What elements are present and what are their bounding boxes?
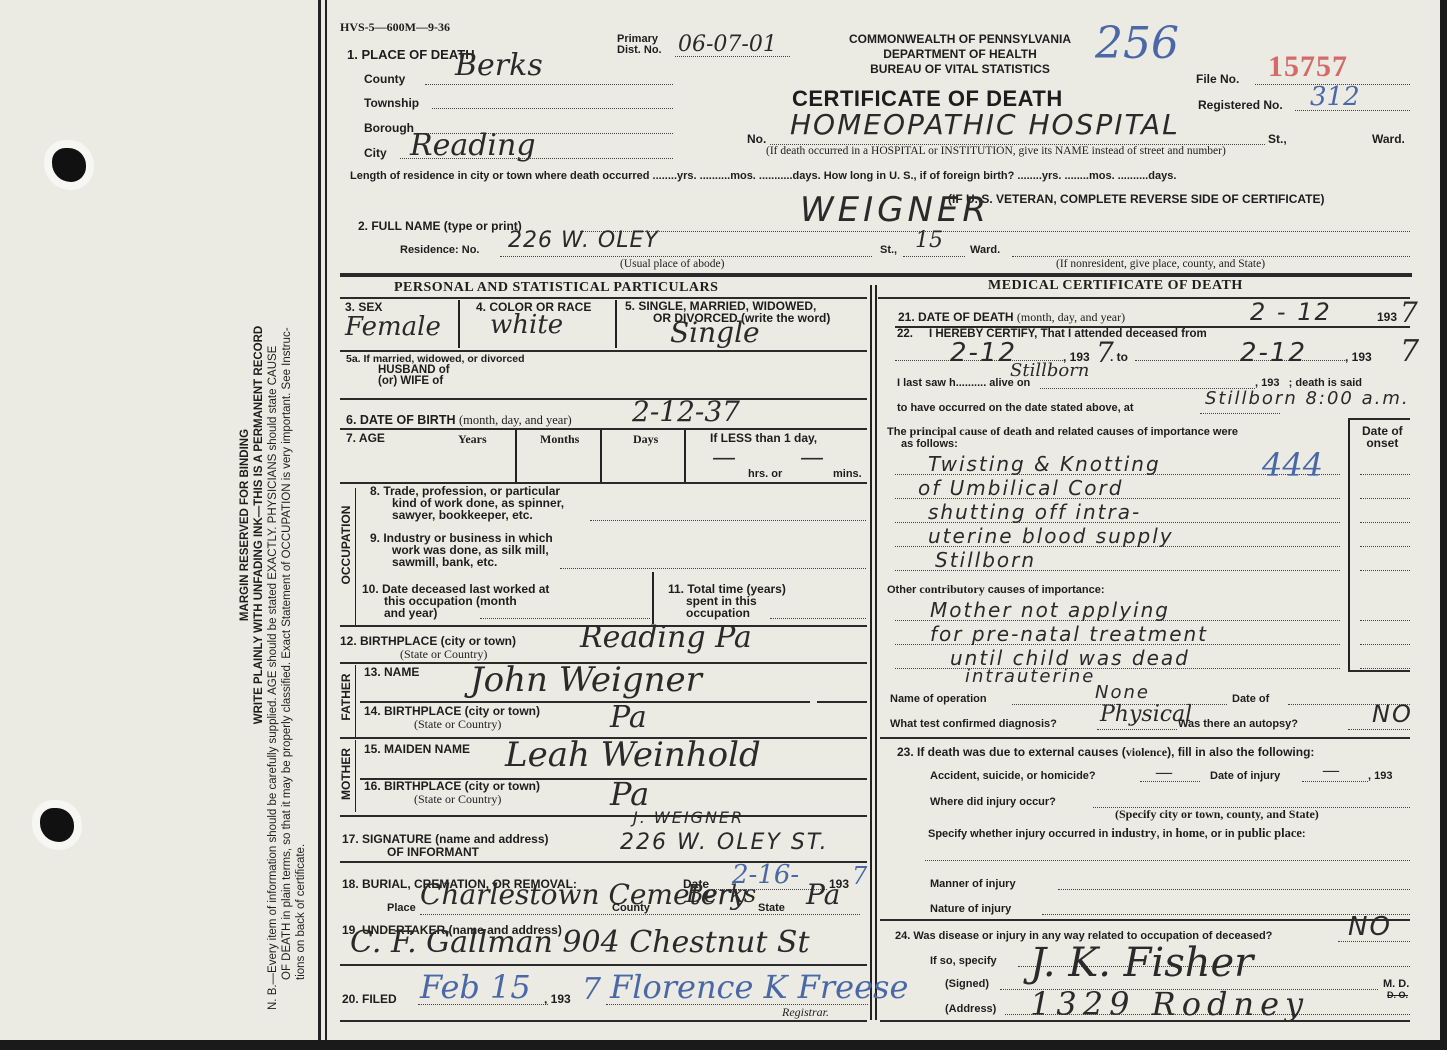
- residence-label: Residence: No.: [400, 244, 479, 256]
- filed-year-digit: 7: [582, 972, 601, 1007]
- cause-line-2: of Umbilical Cord: [918, 476, 1123, 500]
- handwritten-number: 256: [1095, 18, 1179, 69]
- father-side-label: FATHER: [339, 664, 353, 730]
- trade-label: 8. Trade, profession, or particular kind…: [370, 485, 564, 521]
- attended-to-date: 2-12: [1240, 338, 1307, 368]
- rule: [340, 350, 867, 352]
- cause-line-1: Twisting & Knotting: [928, 452, 1161, 476]
- institution-value: HOMEOPATHIC HOSPITAL: [790, 108, 1180, 141]
- md-label: M. D.: [1383, 978, 1409, 990]
- cause-label: The principal cause of death and related…: [887, 425, 1238, 450]
- last-saw-value: Stillborn: [1010, 360, 1089, 381]
- hrs-value: —: [712, 443, 736, 471]
- burial-county-label: County: [612, 902, 650, 914]
- mother-name-label: 15. MAIDEN NAME: [364, 742, 470, 756]
- nonresident-line: [1012, 256, 1410, 257]
- issuer-block: COMMONWEALTH OF PENNSYLVANIA DEPARTMENT …: [826, 32, 1094, 77]
- mother-side-label: MOTHER: [339, 740, 353, 808]
- onset-line: [1360, 668, 1410, 669]
- registered-no-label: Registered No.: [1198, 98, 1283, 112]
- manner-line: [1058, 889, 1410, 890]
- residence-value: 226 W. OLEY: [508, 228, 659, 253]
- rule: [355, 740, 356, 812]
- ward-line: [903, 256, 965, 257]
- do-label: D. O.: [1387, 990, 1408, 1000]
- cause-line-5: Stillborn: [935, 548, 1036, 572]
- father-name-value: John Weigner: [470, 660, 702, 700]
- binding-border-left: [318, 0, 321, 1040]
- burial-place-line: [420, 914, 860, 915]
- dob-label: 6. DATE OF BIRTH (month, day, and year): [346, 413, 572, 428]
- cause-line-3: shutting off intra-: [928, 500, 1141, 524]
- injury-date-line: [1302, 781, 1368, 782]
- institution-note: (If death occurred in a HOSPITAL or INST…: [766, 145, 1226, 157]
- burial-state-value: Pa: [806, 878, 840, 911]
- external-causes-label: 23. If death was due to external causes …: [897, 745, 1314, 760]
- city-value: Reading: [410, 128, 536, 163]
- physician-signature: J. K. Fisher: [1030, 940, 1253, 986]
- county-value: Berks: [455, 48, 543, 83]
- informant-name: J. WEIGNER: [633, 808, 744, 827]
- contrib-line-2: for pre-natal treatment: [930, 622, 1208, 646]
- township-label: Township: [364, 96, 419, 110]
- primary-dist-value: 06-07-01: [678, 32, 777, 57]
- medical-heading: MEDICAL CERTIFICATE OF DEATH: [988, 278, 1243, 294]
- operation-label: Name of operation: [890, 693, 987, 705]
- if-so-label: If so, specify: [930, 955, 997, 967]
- onset-line: [1360, 644, 1410, 645]
- rule: [880, 737, 1410, 739]
- ward-label: Ward.: [1372, 132, 1405, 146]
- rule: [340, 1020, 867, 1022]
- nature-label: Nature of injury: [930, 903, 1011, 915]
- city-label: City: [364, 146, 387, 160]
- onset-line: [1360, 620, 1410, 621]
- column-divider: [870, 285, 872, 1020]
- contrib-label: Other contributory causes of importance:: [887, 582, 1105, 597]
- to-label: . to: [1110, 350, 1128, 364]
- where-label: Where did injury occur?: [930, 796, 1056, 808]
- registered-no-value: 312: [1310, 82, 1360, 112]
- residence-length: Length of residence in city or town wher…: [350, 170, 1176, 182]
- to-year-label: , 193: [1345, 350, 1372, 364]
- onset-line: [1360, 498, 1410, 499]
- rule: [600, 430, 602, 482]
- rule: [515, 430, 517, 482]
- rule: [340, 428, 867, 430]
- age-label: 7. AGE: [346, 431, 385, 445]
- full-name-value: WEIGNER: [800, 190, 990, 230]
- injury-year-label: , 193: [1368, 770, 1392, 782]
- rule: [340, 815, 867, 817]
- dod-year-digit: 7: [1400, 296, 1418, 329]
- occurred-at-line: [1200, 413, 1280, 414]
- years-label: Years: [458, 432, 487, 447]
- county-line: [425, 84, 673, 85]
- township-line: [432, 108, 673, 109]
- veteran-note: (IF U. S. VETERAN, COMPLETE REVERSE SIDE…: [948, 192, 1324, 206]
- date-of-death-label: 21. DATE OF DEATH (month, day, and year): [898, 310, 1125, 325]
- certify-label: 22. I HEREBY CERTIFY, That I attended de…: [897, 328, 1207, 340]
- address-label: (Address): [945, 1003, 996, 1015]
- contrib-line-1: Mother not applying: [930, 598, 1170, 622]
- sex-value: Female: [345, 312, 441, 342]
- binding-hole-top: [52, 148, 86, 182]
- spouse-label: 5a. If married, widowed, or divorced HUS…: [346, 354, 525, 387]
- section-divider: [340, 273, 1412, 277]
- where-note: (Specify city or town, county, and State…: [1115, 807, 1319, 822]
- accident-label: Accident, suicide, or homicide?: [930, 770, 1096, 782]
- burial-state-label: State: [758, 902, 785, 914]
- accident-value: —: [1155, 762, 1173, 783]
- total-time-line: [770, 618, 866, 619]
- rule: [355, 665, 356, 737]
- rule: [355, 488, 356, 626]
- informant-label: 17. SIGNATURE (name and address) OF INFO…: [342, 833, 549, 859]
- dob-value: 2-12-37: [632, 395, 740, 428]
- file-no-stamp: 15757: [1268, 50, 1348, 84]
- operation-value: None: [1095, 682, 1150, 703]
- death-certificate-page: MARGIN RESERVED FOR BINDING WRITE PLAINL…: [0, 0, 1440, 1040]
- full-name-label: 2. FULL NAME (type or print): [358, 219, 522, 233]
- operation-date-label: Date of: [1232, 693, 1269, 705]
- registrar-label: Registrar.: [782, 1005, 829, 1020]
- attended-from-date: 2-12: [950, 338, 1017, 368]
- dod-year-label: 193: [1377, 310, 1397, 324]
- form-code: HVS-5—600M—9-36: [340, 20, 450, 35]
- undertaker-value: C. F. Gallman 904 Chestnut St: [350, 925, 810, 960]
- days-label: Days: [633, 432, 658, 447]
- last-worked-line: [480, 618, 650, 619]
- cause-line-4: uterine blood supply: [928, 524, 1174, 548]
- marital-value: Single: [670, 316, 760, 349]
- borough-label: Borough: [364, 121, 414, 135]
- filed-label: 20. FILED: [342, 992, 397, 1006]
- last-worked-label: 10. Date deceased last worked at this oc…: [362, 583, 549, 619]
- rule: [684, 430, 686, 482]
- rule: [340, 964, 867, 966]
- birthplace-value: Reading Pa: [580, 620, 752, 655]
- father-name-label: 13. NAME: [364, 665, 419, 679]
- occupation-side-label: OCCUPATION: [339, 490, 353, 600]
- mins-value: —: [800, 443, 824, 471]
- manner-label: Manner of injury: [930, 878, 1016, 890]
- rule: [340, 398, 867, 400]
- date-of-death-value: 2 - 12: [1250, 298, 1332, 326]
- onset-box-top: [1348, 418, 1410, 420]
- onset-label: Date of onset: [1362, 425, 1403, 449]
- residence-st-label: St.,: [880, 244, 897, 256]
- file-no-label: File No.: [1196, 72, 1239, 86]
- nonresident-note: (If nonresident, give place, county, and…: [1056, 258, 1265, 270]
- rule: [880, 1020, 1410, 1022]
- months-label: Months: [540, 432, 579, 447]
- informant-address: 226 W. OLEY ST.: [620, 830, 829, 855]
- autopsy-line: [1348, 729, 1410, 730]
- mins-label: mins.: [833, 468, 862, 480]
- physician-address: 1329 Rodney: [1030, 985, 1309, 1023]
- filed-year-label: , 193: [544, 992, 571, 1006]
- specify-injury-label: Specify whether injury occurred in indus…: [928, 826, 1306, 841]
- st-label: St.,: [1268, 132, 1287, 146]
- binding-hole-bottom: [40, 808, 74, 842]
- test-label: What test confirmed diagnosis?: [890, 718, 1057, 730]
- onset-box-bottom: [1348, 670, 1410, 672]
- binding-border-left-inner: [325, 0, 327, 1040]
- contrib-line-4: intrauterine: [965, 666, 1095, 687]
- onset-line: [1360, 570, 1410, 571]
- abode-note: (Usual place of abode): [620, 258, 724, 270]
- mother-name-value: Leah Weinhold: [505, 735, 761, 775]
- residence-line: [500, 256, 872, 257]
- total-time-label: 11. Total time (years) spent in this occ…: [668, 583, 786, 619]
- full-name-line: [580, 231, 1410, 232]
- burial-county-value: Berks: [686, 880, 756, 908]
- rule: [458, 300, 460, 348]
- injury-date-label: Date of injury: [1210, 770, 1280, 782]
- occupation-related-value: NO: [1348, 912, 1392, 942]
- injury-date-value: —: [1322, 760, 1340, 781]
- personal-heading: PERSONAL AND STATISTICAL PARTICULARS: [394, 280, 718, 296]
- margin-instructions: MARGIN RESERVED FOR BINDING WRITE PLAINL…: [238, 40, 308, 1010]
- cause-code: 444: [1262, 446, 1323, 484]
- hrs-label: hrs. or: [748, 468, 782, 480]
- rule: [615, 300, 617, 348]
- burial-year-digit: 7: [852, 862, 867, 890]
- onset-line: [1360, 474, 1410, 475]
- birthplace-label: 12. BIRTHPLACE (city or town) (State or …: [340, 635, 516, 661]
- rule: [360, 701, 810, 703]
- occurred-at-label: to have occurred on the date stated abov…: [897, 402, 1134, 414]
- filed-date-value: Feb 15: [420, 968, 531, 1006]
- rule: [652, 572, 654, 624]
- industry-line: [560, 568, 866, 569]
- specify-line: [925, 860, 1410, 861]
- signed-label: (Signed): [945, 978, 989, 990]
- onset-box-left: [1348, 418, 1350, 670]
- industry-label: 9. Industry or business in which work wa…: [370, 532, 553, 568]
- registrar-signature: Florence K Freese: [610, 968, 908, 1006]
- to-year-digit: 7: [1400, 334, 1419, 369]
- father-birthplace-label: 14. BIRTHPLACE (city or town) (State or …: [364, 705, 540, 731]
- rule: [817, 701, 867, 703]
- occurred-at-value: Stillborn 8:00 a.m.: [1205, 388, 1410, 409]
- institution-no-label: No.: [747, 132, 766, 146]
- ward-value: 15: [915, 228, 943, 253]
- rule: [880, 919, 1410, 921]
- autopsy-value: NO: [1372, 700, 1413, 728]
- test-line: [1097, 729, 1177, 730]
- burial-place-label: Place: [387, 902, 416, 914]
- trade-line: [590, 520, 866, 521]
- father-birthplace-value: Pa: [610, 700, 647, 735]
- mother-birthplace-label: 16. BIRTHPLACE (city or town) (State or …: [364, 780, 540, 806]
- primary-dist-label: Primary Dist. No.: [617, 34, 662, 56]
- column-divider-2: [875, 285, 877, 1020]
- onset-line: [1360, 522, 1410, 523]
- onset-line: [1360, 546, 1410, 547]
- race-value: white: [490, 310, 563, 340]
- county-label: County: [364, 72, 405, 86]
- residence-ward-label: Ward.: [970, 244, 1000, 256]
- autopsy-label: Was there an autopsy?: [1178, 718, 1298, 730]
